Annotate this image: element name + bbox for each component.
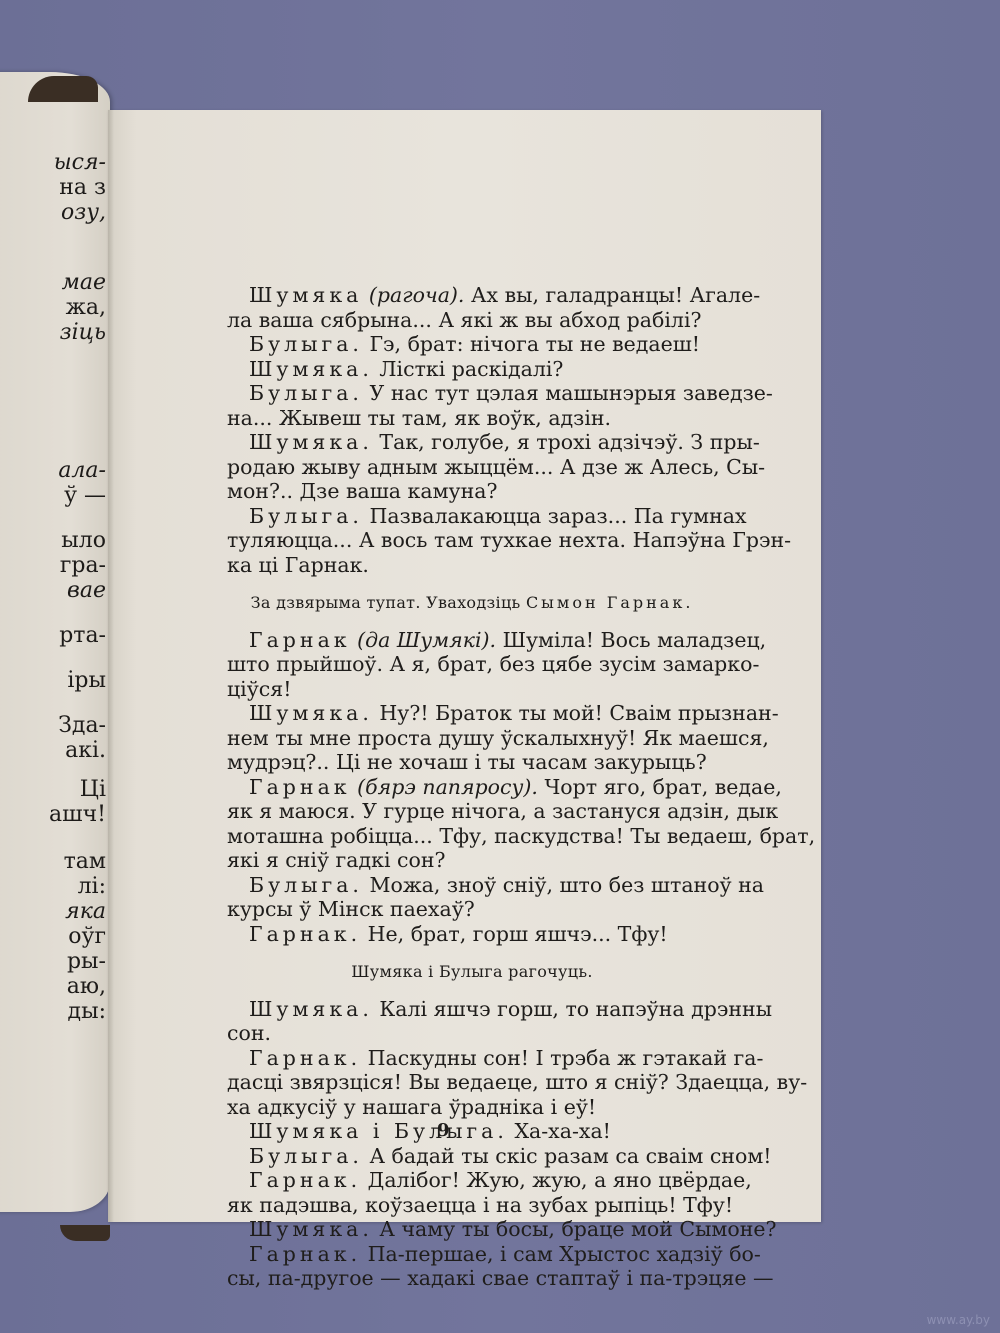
line-text: моташна робіцца... Тфу, паскудства! Ты в… <box>227 824 815 848</box>
line-text: Можа, зноў сніў, што без штаноў на <box>369 873 764 897</box>
text-line: што прыйшоў. А я, брат, без цябе зусім з… <box>227 652 717 677</box>
left-page-fragment: Зда- <box>58 713 106 738</box>
speaker-name: Булыга. <box>249 504 363 528</box>
speaker-name: Шумяка <box>249 283 362 307</box>
line-text: А чаму ты босы, браце мой Сымоне? <box>379 1217 776 1241</box>
book-binding-top <box>28 76 98 102</box>
left-page-fragment: ды: <box>68 999 106 1024</box>
text-line: Гарнак. Не, брат, горш яшчэ... Тфу! <box>227 922 717 947</box>
line-text: У нас тут цэлая машынэрыя заведзе- <box>369 381 772 405</box>
text-line: Булыга. У нас тут цэлая машынэрыя заведз… <box>227 381 717 406</box>
text-line: Гарнак. Далібог! Жую, жую, а яно цвёрдае… <box>227 1168 717 1193</box>
line-text: ха адкусіў у нашага ўрадніка і еў! <box>227 1095 596 1119</box>
line-text: ла ваша сябрына... А які ж вы абход рабі… <box>227 308 702 332</box>
line-text: Ну?! Браток ты мой! Сваім прызнан- <box>379 701 778 725</box>
left-page-fragment: оўг <box>68 924 106 949</box>
speaker-name: Гарнак. <box>249 922 361 946</box>
dialogue-paragraph: Булыга. А бадай ты скіс разам са сваім с… <box>227 1144 717 1169</box>
speaker-name: Гарнак. <box>249 1242 361 1266</box>
text-line: Гарнак (бярэ папяросу). Чорт яго, брат, … <box>227 775 717 800</box>
left-page-fragment: рта- <box>59 623 106 648</box>
line-text: ка ці Гарнак. <box>227 553 369 577</box>
left-page-edge: ыся-на зозу,маежа,зіцьала-ў —ылогра-ваер… <box>0 72 110 1212</box>
text-line: нем ты мне проста душу ўскалыхнуў! Як ма… <box>227 726 717 751</box>
left-page-fragment: ала- <box>58 458 106 483</box>
line-text: мудрэц?.. Ці не хочаш і ты часам закурыц… <box>227 750 707 774</box>
text-line: як падэшва, коўзаецца і на зубах рыпіць!… <box>227 1193 717 1218</box>
dialogue-paragraph: Шумяка і Булыга. Ха-ха-ха! <box>227 1119 717 1144</box>
line-text: які я сніў гадкі сон? <box>227 848 446 872</box>
text-line: на... Жывеш ты там, як воўк, адзін. <box>227 406 717 431</box>
text-line: Гарнак (да Шумякі). Шуміла! Вось маладзе… <box>227 628 717 653</box>
line-text: Па-першае, і сам Хрыстос хадзіў бо- <box>368 1242 761 1266</box>
speaker-name: Булыга. <box>249 332 363 356</box>
left-page-fragment: ў — <box>64 483 106 508</box>
dialogue-paragraph: Шумяка. Так, голубе, я трохі адзічэў. З … <box>227 430 717 504</box>
text-line: Шумяка. Так, голубе, я трохі адзічэў. З … <box>227 430 717 455</box>
speaker-name: Шумяка. <box>249 701 373 725</box>
speaker-name: Шумяка. <box>249 357 373 381</box>
line-text: Ах вы, галадранцы! Агале- <box>471 283 760 307</box>
dialogue-paragraph: Булыга. Гэ, брат: нічога ты не ведаеш! <box>227 332 717 357</box>
line-text: Паскудны сон! І трэба ж гэтакай га- <box>368 1046 764 1070</box>
text-line: туляюцца... А вось там тухкае нехта. Нап… <box>227 528 717 553</box>
speaker-name: Гарнак. <box>249 1046 361 1070</box>
line-text: нем ты мне проста душу ўскалыхнуў! Як ма… <box>227 726 769 750</box>
text-line: Булыга. Можа, зноў сніў, што без штаноў … <box>227 873 717 898</box>
line-text: Пазвалакаюцца зараз... Па гумнах <box>369 504 746 528</box>
line-text: сы, па-другое — хадакі свае стаптаў і па… <box>227 1266 774 1290</box>
text-line: сы, па-другое — хадакі свае стаптаў і па… <box>227 1266 717 1291</box>
text-line: дасці звярзціся! Вы ведаеце, што я сніў?… <box>227 1070 717 1095</box>
left-page-fragment: ыся- <box>54 150 106 175</box>
speaker-name: Гарнак. <box>249 1168 361 1192</box>
left-page-fragment: там <box>64 849 106 874</box>
text-line: Шумяка. Ну?! Браток ты мой! Сваім прызна… <box>227 701 717 726</box>
text-line: сон. <box>227 1021 717 1046</box>
text-line: ла ваша сябрына... А які ж вы абход рабі… <box>227 308 717 333</box>
dialogue-paragraph: Гарнак (да Шумякі). Шуміла! Вось маладзе… <box>227 628 717 702</box>
text-line: Гарнак. Па-першае, і сам Хрыстос хадзіў … <box>227 1242 717 1267</box>
left-page-fragment: яка <box>65 899 106 924</box>
line-text: Чорт яго, брат, ведае, <box>544 775 781 799</box>
left-page-fragment: озу, <box>61 200 106 225</box>
left-page-fragment: гра- <box>60 553 106 578</box>
stage-direction-character-name: Сымон Гарнак. <box>526 593 693 612</box>
speaker-name: Гарнак <box>249 628 351 652</box>
speaker-name: Шумяка. <box>249 1217 373 1241</box>
left-page-fragment: акі. <box>65 738 106 763</box>
dialogue-paragraph: Булыга. У нас тут цэлая машынэрыя заведз… <box>227 381 717 430</box>
speaker-name: Булыга. <box>249 873 363 897</box>
speaker-name: Шумяка. <box>249 997 373 1021</box>
line-text: мон?.. Дзе ваша камуна? <box>227 479 497 503</box>
left-page-fragment: ашч! <box>49 802 106 827</box>
text-line: мон?.. Дзе ваша камуна? <box>227 479 717 504</box>
stage-note: (да Шумякі). <box>357 628 496 652</box>
left-page-fragment: лі: <box>78 874 106 899</box>
left-page-fragment: Ці <box>80 777 106 802</box>
line-text: ціўся! <box>227 677 291 701</box>
dialogue-paragraph: Гарнак. Далібог! Жую, жую, а яно цвёрдае… <box>227 1168 717 1217</box>
left-page-fragment: мае <box>62 270 106 295</box>
speaker-name: Булыга. <box>249 1144 363 1168</box>
dialogue-paragraph: Гарнак. Не, брат, горш яшчэ... Тфу! <box>227 922 717 947</box>
left-page-fragment: зіць <box>60 320 106 345</box>
dialogue-paragraph: Гарнак. Па-першае, і сам Хрыстос хадзіў … <box>227 1242 717 1291</box>
left-page-fragment: ыло <box>61 528 106 553</box>
left-page-fragment: на з <box>59 175 106 200</box>
text-line: Шумяка. Лісткі раскідалі? <box>227 357 717 382</box>
line-text: як падэшва, коўзаецца і на зубах рыпіць!… <box>227 1193 733 1217</box>
text-line: Шумяка. Калі яшчэ горш, то напэўна дрэнн… <box>227 997 717 1022</box>
line-text: Так, голубе, я трохі адзічэў. З пры- <box>379 430 759 454</box>
text-line: мудрэц?.. Ці не хочаш і ты часам закурыц… <box>227 750 717 775</box>
dialogue-paragraph: Шумяка. Ну?! Браток ты мой! Сваім прызна… <box>227 701 717 775</box>
book-binding-bottom <box>60 1225 110 1241</box>
speaker-name: Шумяка. <box>249 430 373 454</box>
text-line: ка ці Гарнак. <box>227 553 717 578</box>
text-line: курсы ў Мінск паехаў? <box>227 897 717 922</box>
left-page-fragment: жа, <box>66 295 106 320</box>
text-line: Шумяка і Булыга. Ха-ха-ха! <box>227 1119 717 1144</box>
text-line: ха адкусіў у нашага ўрадніка і еў! <box>227 1095 717 1120</box>
stage-direction-text: Шумяка і Булыга рагочуць. <box>351 962 593 981</box>
page-body-text: Шумяка (рагоча). Ах вы, галадранцы! Агал… <box>227 283 717 1291</box>
stage-direction: За дзвярыма тупат. Уваходзіць Сымон Гарн… <box>227 591 717 616</box>
dialogue-paragraph: Гарнак (бярэ папяросу). Чорт яго, брат, … <box>227 775 717 873</box>
line-text: курсы ў Мінск паехаў? <box>227 897 475 921</box>
stage-note: (бярэ папяросу). <box>357 775 538 799</box>
speaker-name: Шумяка і Булыга. <box>249 1119 508 1143</box>
stage-direction-text: За дзвярыма тупат. Уваходзіць <box>251 593 526 612</box>
dialogue-paragraph: Шумяка (рагоча). Ах вы, галадранцы! Агал… <box>227 283 717 332</box>
line-text: што прыйшоў. А я, брат, без цябе зусім з… <box>227 652 759 676</box>
line-text: Калі яшчэ горш, то напэўна дрэнны <box>379 997 772 1021</box>
left-page-fragment: іры <box>67 668 106 693</box>
line-text: туляюцца... А вось там тухкае нехта. Нап… <box>227 528 791 552</box>
dialogue-paragraph: Булыга. Пазвалакаюцца зараз... Па гумнах… <box>227 504 717 578</box>
line-text: А бадай ты скіс разам са сваім сном! <box>369 1144 771 1168</box>
line-text: на... Жывеш ты там, як воўк, адзін. <box>227 406 611 430</box>
line-text: Далібог! Жую, жую, а яно цвёрдае, <box>368 1168 752 1192</box>
page-number: 9 <box>437 1120 450 1141</box>
stage-direction: Шумяка і Булыга рагочуць. <box>227 960 717 985</box>
speaker-name: Гарнак <box>249 775 351 799</box>
dialogue-paragraph: Шумяка. Лісткі раскідалі? <box>227 357 717 382</box>
dialogue-paragraph: Гарнак. Паскудны сон! І трэба ж гэтакай … <box>227 1046 717 1120</box>
text-line: Булыга. Пазвалакаюцца зараз... Па гумнах <box>227 504 717 529</box>
text-line: Шумяка (рагоча). Ах вы, галадранцы! Агал… <box>227 283 717 308</box>
text-line: ціўся! <box>227 677 717 702</box>
text-line: які я сніў гадкі сон? <box>227 848 717 873</box>
dialogue-paragraph: Булыга. Можа, зноў сніў, што без штаноў … <box>227 873 717 922</box>
line-text: Ха-ха-ха! <box>514 1119 610 1143</box>
text-line: як я маюся. У гурце нічога, а застануся … <box>227 799 717 824</box>
text-line: Булыга. Гэ, брат: нічога ты не ведаеш! <box>227 332 717 357</box>
line-text: Шуміла! Вось маладзец, <box>503 628 767 652</box>
text-line: родаю жыву адным жыццём... А дзе ж Алесь… <box>227 455 717 480</box>
page-gutter-shadow <box>108 110 114 1222</box>
left-page-fragment: ры- <box>67 949 106 974</box>
line-text: Лісткі раскідалі? <box>379 357 563 381</box>
speaker-name: Булыга. <box>249 381 363 405</box>
book-page: Шумяка (рагоча). Ах вы, галадранцы! Агал… <box>108 110 821 1222</box>
dialogue-paragraph: Шумяка. А чаму ты босы, браце мой Сымоне… <box>227 1217 717 1242</box>
left-page-fragment: вае <box>67 578 106 603</box>
text-line: Шумяка. А чаму ты босы, браце мой Сымоне… <box>227 1217 717 1242</box>
line-text: дасці звярзціся! Вы ведаеце, што я сніў?… <box>227 1070 807 1094</box>
watermark: www.ay.by <box>927 1313 990 1327</box>
left-page-fragment: аю, <box>67 974 106 999</box>
line-text: Не, брат, горш яшчэ... Тфу! <box>368 922 668 946</box>
text-line: моташна робіцца... Тфу, паскудства! Ты в… <box>227 824 717 849</box>
dialogue-paragraph: Шумяка. Калі яшчэ горш, то напэўна дрэнн… <box>227 997 717 1046</box>
stage-note: (рагоча). <box>369 283 465 307</box>
line-text: Гэ, брат: нічога ты не ведаеш! <box>369 332 700 356</box>
text-line: Булыга. А бадай ты скіс разам са сваім с… <box>227 1144 717 1169</box>
text-line: Гарнак. Паскудны сон! І трэба ж гэтакай … <box>227 1046 717 1071</box>
line-text: родаю жыву адным жыццём... А дзе ж Алесь… <box>227 455 765 479</box>
line-text: сон. <box>227 1021 271 1045</box>
line-text: як я маюся. У гурце нічога, а застануся … <box>227 799 778 823</box>
